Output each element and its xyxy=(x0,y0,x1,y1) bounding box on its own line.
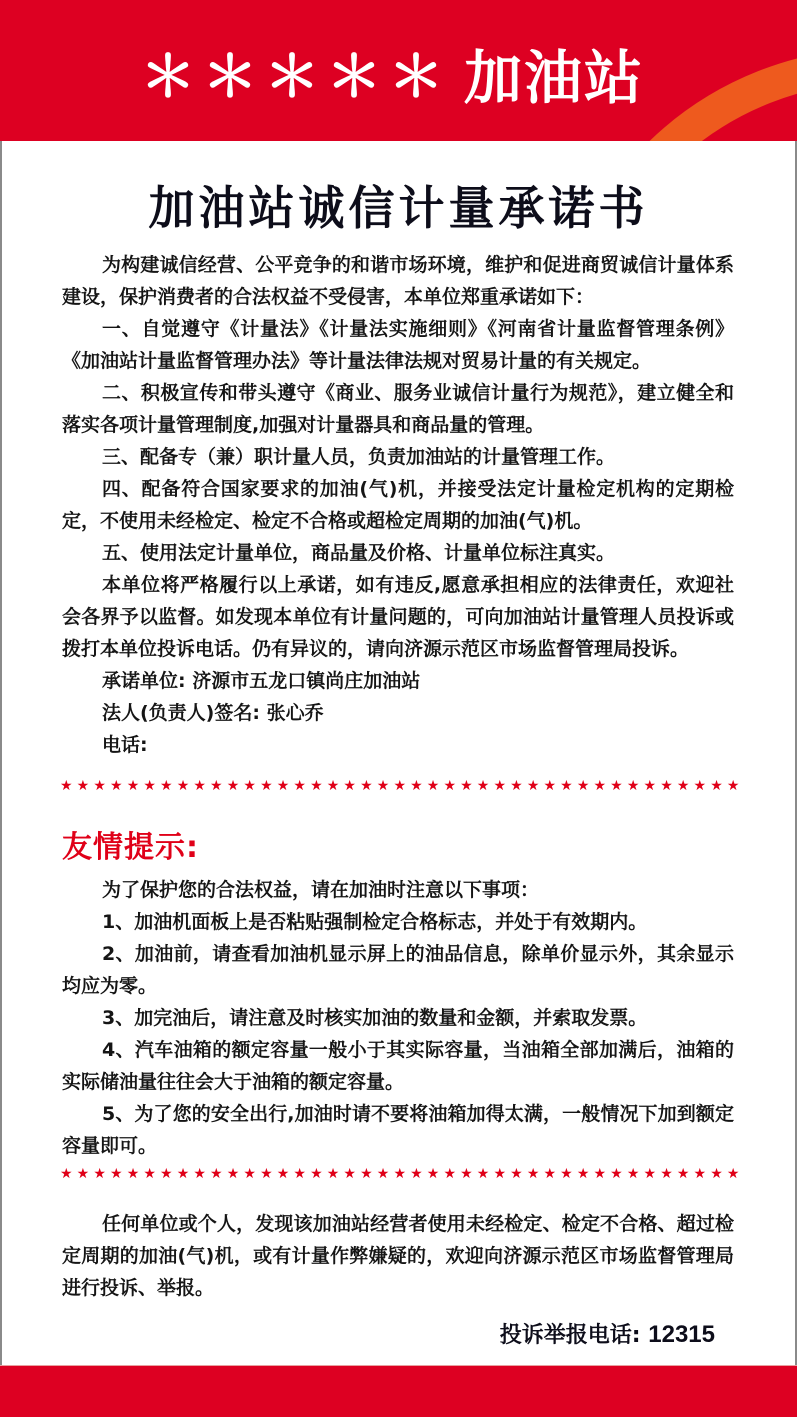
star-icon: ★ xyxy=(360,1164,373,1184)
star-icon: ★ xyxy=(260,1164,273,1184)
tip-item-5: 5、为了您的安全出行,加油时请不要将油箱加得太满，一般情况下加到额定容量即可。 xyxy=(62,1098,734,1162)
star-icon: ★ xyxy=(594,776,607,796)
star-icon: ★ xyxy=(493,776,506,796)
star-icon: ★ xyxy=(227,1164,240,1184)
star-icon: ★ xyxy=(127,776,140,796)
star-icon: ★ xyxy=(727,776,740,796)
star-icon: ★ xyxy=(427,776,440,796)
star-icon: ★ xyxy=(577,776,590,796)
commitment-closing: 本单位将严格履行以上承诺，如有违反,愿意承担相应的法律责任，欢迎社会各界予以监督… xyxy=(62,569,734,665)
header-banner: ＊＊＊＊＊ 加油站 xyxy=(0,0,797,141)
report-section: 任何单位或个人，发现该加油站经营者使用未经检定、检定不合格、超过检定周期的加油(… xyxy=(62,1208,734,1304)
star-icon: ★ xyxy=(710,1164,723,1184)
star-icon: ★ xyxy=(143,776,156,796)
star-icon: ★ xyxy=(193,776,206,796)
station-banner-title: ＊＊＊＊＊ 加油站 xyxy=(140,38,644,118)
document-title: 加油站诚信计量承诺书 xyxy=(0,172,797,238)
star-icon: ★ xyxy=(677,1164,690,1184)
complaint-hotline: 投诉举报电话: 12315 xyxy=(500,1318,715,1349)
star-icon: ★ xyxy=(510,776,523,796)
star-icon: ★ xyxy=(410,776,423,796)
star-icon: ★ xyxy=(60,776,73,796)
star-icon: ★ xyxy=(277,776,290,796)
star-icon: ★ xyxy=(393,1164,406,1184)
star-icon: ★ xyxy=(160,776,173,796)
tip-item-3: 3、加完油后，请注意及时核实加油的数量和金额，并索取发票。 xyxy=(62,1002,734,1034)
star-icon: ★ xyxy=(327,1164,340,1184)
tips-intro: 为了保护您的合法权益，请在加油时注意以下事项： xyxy=(62,874,734,906)
star-icon: ★ xyxy=(493,1164,506,1184)
commitment-item-2: 二、积极宣传和带头遵守《商业、服务业诚信计量行为规范》，建立健全和落实各项计量管… xyxy=(62,377,734,441)
star-icon: ★ xyxy=(543,1164,556,1184)
commitment-item-1: 一、自觉遵守《计量法》《计量法实施细则》《河南省计量监督管理条例》《加油站计量监… xyxy=(62,313,734,377)
star-icon: ★ xyxy=(110,1164,123,1184)
footer-band xyxy=(0,1365,797,1417)
star-icon: ★ xyxy=(260,776,273,796)
star-icon: ★ xyxy=(610,1164,623,1184)
star-icon: ★ xyxy=(277,1164,290,1184)
star-icon: ★ xyxy=(477,776,490,796)
star-icon: ★ xyxy=(127,1164,140,1184)
commitment-item-5: 五、使用法定计量单位，商品量及价格、计量单位标注真实。 xyxy=(62,537,734,569)
hotline-label: 投诉举报电话: xyxy=(500,1323,641,1348)
star-icon: ★ xyxy=(160,1164,173,1184)
star-icon: ★ xyxy=(410,1164,423,1184)
star-icon: ★ xyxy=(243,776,256,796)
star-icon: ★ xyxy=(193,1164,206,1184)
star-icon: ★ xyxy=(460,776,473,796)
committing-unit-label: 承诺单位: xyxy=(102,670,186,692)
tip-item-2: 2、加油前，请查看加油机显示屏上的油品信息，除单价显示外，其余显示均应为零。 xyxy=(62,938,734,1002)
commitment-item-3: 三、配备专（兼）职计量人员，负责加油站的计量管理工作。 xyxy=(62,441,734,473)
commitment-item-4: 四、配备符合国家要求的加油(气)机，并接受法定计量检定机构的定期检定，不使用未经… xyxy=(62,473,734,537)
star-icon: ★ xyxy=(594,1164,607,1184)
star-icon: ★ xyxy=(694,776,707,796)
star-icon: ★ xyxy=(93,776,106,796)
star-icon: ★ xyxy=(443,1164,456,1184)
signer-value: 张心乔 xyxy=(267,702,324,724)
tips-section: 为了保护您的合法权益，请在加油时注意以下事项： 1、加油机面板上是否粘贴强制检定… xyxy=(62,874,734,1162)
star-icon: ★ xyxy=(110,776,123,796)
commitment-section: 为构建诚信经营、公平竞争的和谐市场环境，维护和促进商贸诚信计量体系建设，保护消费… xyxy=(62,249,734,761)
commitment-intro: 为构建诚信经营、公平竞争的和谐市场环境，维护和促进商贸诚信计量体系建设，保护消费… xyxy=(62,249,734,313)
star-icon: ★ xyxy=(177,776,190,796)
star-icon: ★ xyxy=(710,776,723,796)
star-icon: ★ xyxy=(660,1164,673,1184)
star-icon: ★ xyxy=(143,1164,156,1184)
star-icon: ★ xyxy=(293,776,306,796)
star-icon: ★ xyxy=(343,776,356,796)
star-icon: ★ xyxy=(644,776,657,796)
star-icon: ★ xyxy=(660,776,673,796)
star-icon: ★ xyxy=(577,1164,590,1184)
star-icon: ★ xyxy=(560,776,573,796)
star-icon: ★ xyxy=(293,1164,306,1184)
star-icon: ★ xyxy=(727,1164,740,1184)
star-icon: ★ xyxy=(627,776,640,796)
star-divider-top: ★★★★★★★★★★★★★★★★★★★★★★★★★★★★★★★★★★★★★★★★… xyxy=(60,776,740,796)
committing-unit: 承诺单位: 济源市五龙口镇尚庄加油站 xyxy=(62,665,734,697)
station-type-label: 加油站 xyxy=(464,49,644,107)
star-icon: ★ xyxy=(677,776,690,796)
legal-representative: 法人(负责人)签名: 张心乔 xyxy=(62,697,734,729)
star-icon: ★ xyxy=(644,1164,657,1184)
report-text: 任何单位或个人，发现该加油站经营者使用未经检定、检定不合格、超过检定周期的加油(… xyxy=(62,1208,734,1304)
star-icon: ★ xyxy=(527,776,540,796)
star-icon: ★ xyxy=(560,1164,573,1184)
star-icon: ★ xyxy=(510,1164,523,1184)
star-icon: ★ xyxy=(310,776,323,796)
star-icon: ★ xyxy=(610,776,623,796)
star-icon: ★ xyxy=(377,776,390,796)
star-icon: ★ xyxy=(310,1164,323,1184)
star-icon: ★ xyxy=(343,1164,356,1184)
star-icon: ★ xyxy=(360,776,373,796)
star-icon: ★ xyxy=(243,1164,256,1184)
star-icon: ★ xyxy=(477,1164,490,1184)
star-icon: ★ xyxy=(627,1164,640,1184)
hotline-number: 12315 xyxy=(648,1321,715,1348)
star-icon: ★ xyxy=(77,776,90,796)
signer-label: 法人(负责人)签名: xyxy=(102,702,260,724)
phone: 电话: xyxy=(62,729,734,761)
star-icon: ★ xyxy=(393,776,406,796)
star-icon: ★ xyxy=(177,1164,190,1184)
star-icon: ★ xyxy=(327,776,340,796)
star-icon: ★ xyxy=(227,776,240,796)
star-icon: ★ xyxy=(60,1164,73,1184)
star-divider-bottom: ★★★★★★★★★★★★★★★★★★★★★★★★★★★★★★★★★★★★★★★★… xyxy=(60,1164,740,1184)
star-icon: ★ xyxy=(543,776,556,796)
star-icon: ★ xyxy=(460,1164,473,1184)
station-name-placeholder: ＊＊＊＊＊ xyxy=(140,50,450,106)
star-icon: ★ xyxy=(527,1164,540,1184)
star-icon: ★ xyxy=(77,1164,90,1184)
star-icon: ★ xyxy=(377,1164,390,1184)
committing-unit-value: 济源市五龙口镇尚庄加油站 xyxy=(192,670,420,692)
tip-item-4: 4、汽车油箱的额定容量一般小于其实际容量，当油箱全部加满后，油箱的实际储油量往往… xyxy=(62,1034,734,1098)
tips-heading: 友情提示: xyxy=(62,822,199,866)
star-icon: ★ xyxy=(93,1164,106,1184)
phone-label: 电话: xyxy=(102,734,148,756)
star-icon: ★ xyxy=(443,776,456,796)
star-icon: ★ xyxy=(694,1164,707,1184)
star-icon: ★ xyxy=(210,1164,223,1184)
star-icon: ★ xyxy=(427,1164,440,1184)
tip-item-1: 1、加油机面板上是否粘贴强制检定合格标志，并处于有效期内。 xyxy=(62,906,734,938)
star-icon: ★ xyxy=(210,776,223,796)
